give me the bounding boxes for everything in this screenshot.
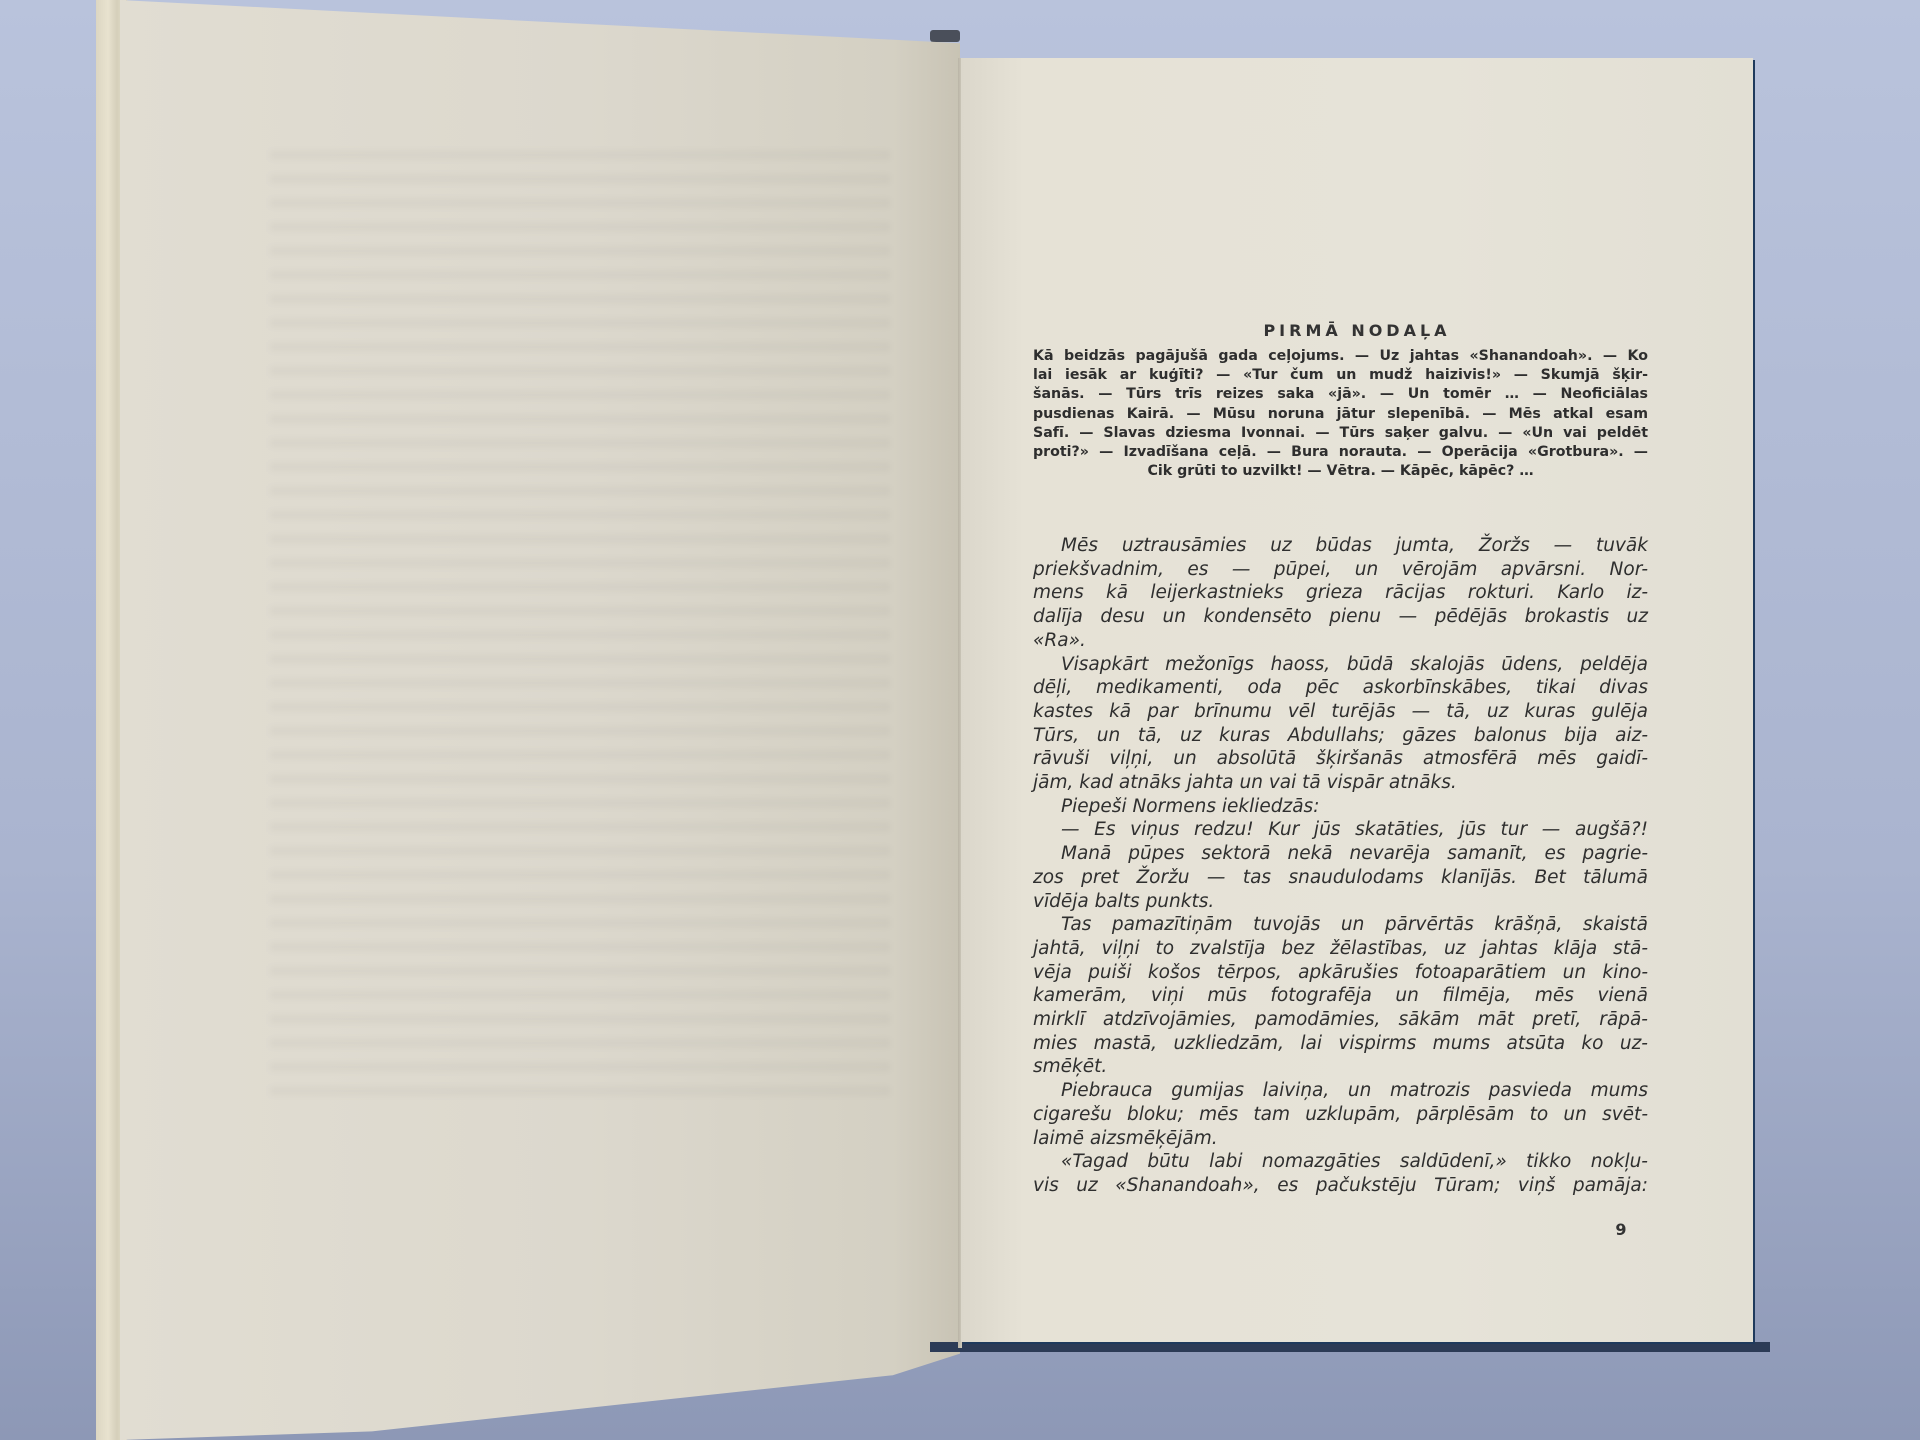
synopsis-line: pusdienas Kairā. — Mūsu noruna jātur sle… <box>1033 405 1648 424</box>
text-line: vis uz «Shanandoah», es pačukstēju Tūram… <box>1033 1174 1648 1198</box>
text-line: vēja puiši košos tērpos, apkārušies foto… <box>1033 961 1648 985</box>
text-line: Piepeši Normens iekliedzās: <box>1033 795 1648 819</box>
text-line: jahtā, viļņi to zvalstīja bez žēlastības… <box>1033 937 1648 961</box>
text-line: laimē aizsmēķējām. <box>1033 1127 1648 1151</box>
text-line: jām, kad atnāks jahta un vai tā vispār a… <box>1033 771 1648 795</box>
text-line: dēļi, medikamenti, oda pēc askorbīnskābe… <box>1033 676 1648 700</box>
synopsis-line: Safī. — Slavas dziesma Ivonnai. — Tūrs s… <box>1033 424 1648 443</box>
text-line: Tūrs, un tā, uz kuras Abdullahs; gāzes b… <box>1033 724 1648 748</box>
text-line: Piebrauca gumijas laiviņa, un matrozis p… <box>1033 1079 1648 1103</box>
synopsis-line: lai iesāk ar kuģīti? — «Tur čum un mudž … <box>1033 366 1648 385</box>
text-line: kastes kā par brīnumu vēl turējās — tā, … <box>1033 700 1648 724</box>
book-cover-corner <box>930 30 960 42</box>
right-page: PIRMĀ NODAĻA Kā beidzās pagājušā gada ce… <box>961 58 1753 1342</box>
synopsis-line: Cik grūti to uzvilkt! — Vētra. — Kāpēc, … <box>1033 462 1648 481</box>
page-number: 9 <box>1601 1220 1641 1239</box>
chapter-title: PIRMĀ NODAĻA <box>961 321 1753 340</box>
synopsis-line: Kā beidzās pagājušā gada ceļojums. — Uz … <box>1033 347 1648 366</box>
left-page <box>120 0 960 1440</box>
text-line: «Ra». <box>1033 629 1648 653</box>
text-line: mirklī atdzīvojāmies, pamodāmies, sākām … <box>1033 1008 1648 1032</box>
text-line: priekšvadnim, es — pūpei, un vērojām apv… <box>1033 558 1648 582</box>
text-line: mens kā leijerkastnieks grieza rācijas r… <box>1033 581 1648 605</box>
chapter-synopsis: Kā beidzās pagājušā gada ceļojums. — Uz … <box>1033 347 1648 481</box>
show-through-text <box>270 150 890 1100</box>
text-line: dalīja desu un kondensēto pienu — pēdējā… <box>1033 605 1648 629</box>
text-line: Tas pamazītiņām tuvojās un pārvērtās krā… <box>1033 913 1648 937</box>
text-line: zos pret Žoržu — tas snaudulodams klanīj… <box>1033 866 1648 890</box>
synopsis-line: proti?» — Izvadīšana ceļā. — Bura noraut… <box>1033 443 1648 462</box>
text-line: mies mastā, uzkliedzām, lai vispirms mum… <box>1033 1032 1648 1056</box>
text-line: rāvuši viļņi, un absolūtā šķiršanās atmo… <box>1033 747 1648 771</box>
text-line: «Tagad būtu labi nomazgāties saldūdenī,»… <box>1033 1150 1648 1174</box>
text-line: vīdēja balts punkts. <box>1033 890 1648 914</box>
text-line: Manā pūpes sektorā nekā nevarēja samanīt… <box>1033 842 1648 866</box>
text-line: smēķēt. <box>1033 1055 1648 1079</box>
text-line: Mēs uztrausāmies uz būdas jumta, Žoržs —… <box>1033 534 1648 558</box>
synopsis-line: šanās. — Tūrs trīs reizes saka «jā». — U… <box>1033 385 1648 404</box>
body-text: Mēs uztrausāmies uz būdas jumta, Žoržs —… <box>1033 534 1648 1198</box>
text-line: cigarešu bloku; mēs tam uzklupām, pārplē… <box>1033 1103 1648 1127</box>
text-line: — Es viņus redzu! Kur jūs skatāties, jūs… <box>1033 818 1648 842</box>
text-line: kamerām, viņi mūs fotografēja un filmēja… <box>1033 984 1648 1008</box>
text-line: Visapkārt mežonīgs haoss, būdā skalojās … <box>1033 653 1648 677</box>
book-cover-edge <box>930 1342 1770 1352</box>
